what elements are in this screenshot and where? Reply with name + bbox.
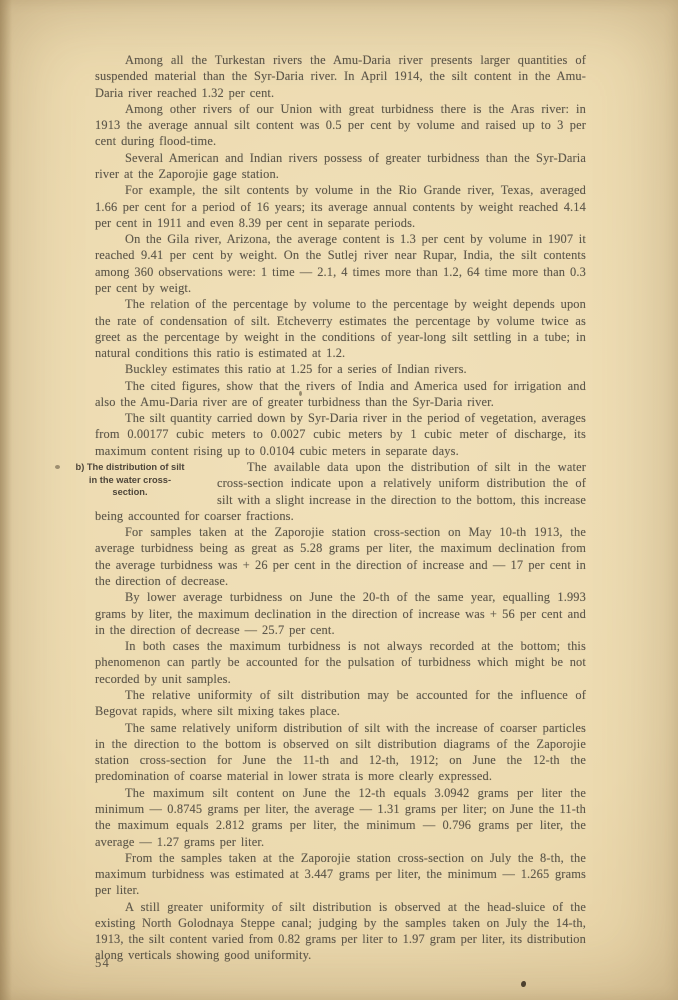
paragraph: By lower average turbidness on June the …	[95, 589, 586, 638]
ink-speck	[55, 465, 60, 469]
paragraph: The maximum silt content on June the 12-…	[95, 785, 586, 850]
paragraph: Buckley estimates this ratio at 1.25 for…	[95, 361, 586, 377]
margin-note-line: in the water cross-	[64, 474, 196, 487]
paragraph: For samples taken at the Zaporojie stati…	[95, 524, 586, 589]
paragraph: Several American and Indian rivers posse…	[95, 150, 586, 183]
margin-note-line: section.	[64, 486, 196, 499]
paragraph: From the samples taken at the Zaporojie …	[95, 850, 586, 899]
paragraph: On the Gila river, Arizona, the average …	[95, 231, 586, 296]
margin-note: b) The distribution of silt in the water…	[64, 459, 196, 506]
paragraph: The same relatively uniform distribution…	[95, 720, 586, 785]
paragraph: For example, the silt contents by volume…	[95, 182, 586, 231]
paragraph: Among all the Turkestan rivers the Amu-D…	[95, 52, 586, 101]
paragraph: In both cases the maximum turbidness is …	[95, 638, 586, 687]
ink-speck	[521, 981, 526, 987]
paragraph-with-margin-note: b) The distribution of silt in the water…	[95, 459, 586, 524]
scanned-book-page: Among all the Turkestan rivers the Amu-D…	[0, 0, 678, 1000]
page-number: 54	[95, 956, 110, 971]
paragraph: Among other rivers of our Union with gre…	[95, 101, 586, 150]
margin-note-line: b) The distribution of silt	[64, 461, 196, 474]
paragraph: The relative uniformity of silt distribu…	[95, 687, 586, 720]
paragraph: The silt quantity carried down by Syr-Da…	[95, 410, 586, 459]
paragraph: The relation of the percentage by volume…	[95, 296, 586, 361]
body-text: Among all the Turkestan rivers the Amu-D…	[95, 52, 586, 964]
paragraph: A still greater uniformity of silt distr…	[95, 899, 586, 964]
paragraph: The cited figures, show that the rivers …	[95, 378, 586, 411]
